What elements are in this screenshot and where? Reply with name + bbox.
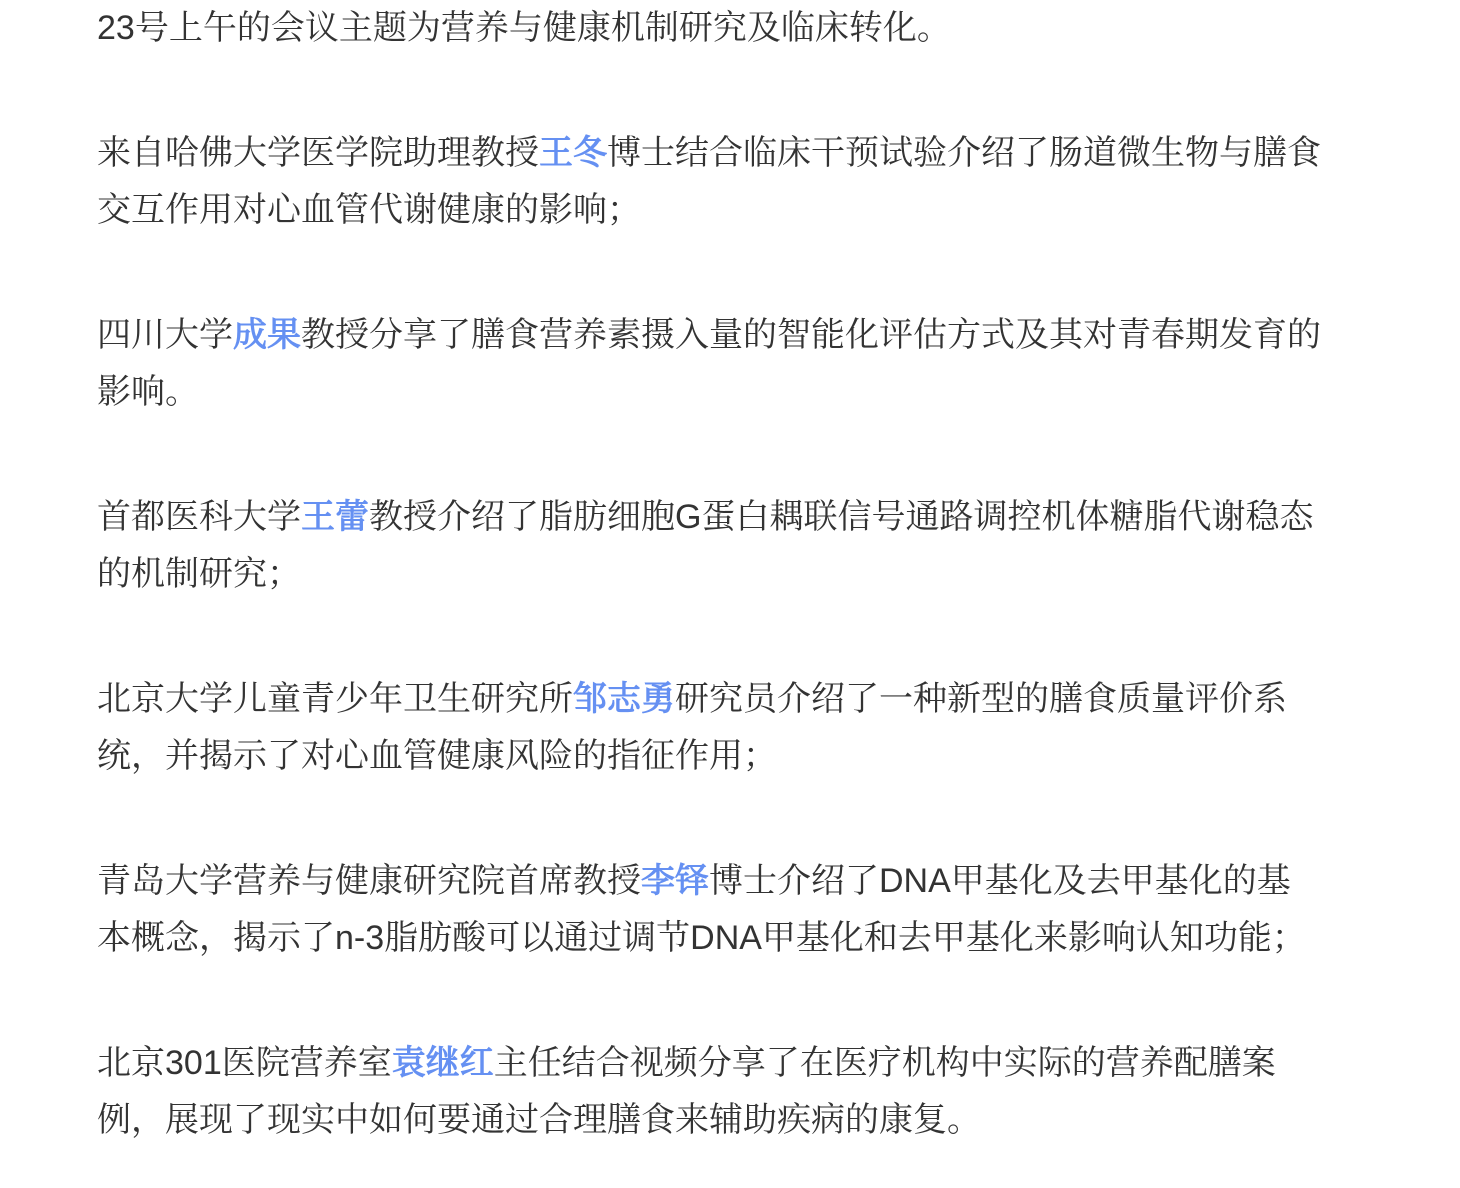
paragraph-text: 23号上午的会议主题为营养与健康机制研究及临床转化。 (97, 9, 951, 47)
paragraph-text: 例，展现了现实中如何要通过合理膳食来辅助疾病的康复。 (97, 1101, 981, 1139)
paragraph-text: 影响。 (97, 373, 199, 411)
person-link[interactable]: 袁继红 (392, 1044, 494, 1082)
paragraph-text: 教授介绍了脂肪细胞G蛋白耦联信号通路调控机体糖脂代谢稳态 (369, 498, 1313, 536)
paragraph-text: 教授分享了膳食营养素摄入量的智能化评估方式及其对青春期发育的 (301, 316, 1321, 354)
paragraph: 来自哈佛大学医学院助理教授王冬博士结合临床干预试验介绍了肠道微生物与膳食交互作用… (97, 125, 1343, 239)
paragraph: 北京大学儿童青少年卫生研究所邹志勇研究员介绍了一种新型的膳食质量评价系统，并揭示… (97, 671, 1343, 785)
paragraph-text: 首都医科大学 (97, 498, 301, 536)
paragraph-text: 博士结合临床干预试验介绍了肠道微生物与膳食 (607, 134, 1321, 172)
paragraph: 首都医科大学王蕾教授介绍了脂肪细胞G蛋白耦联信号通路调控机体糖脂代谢稳态的机制研… (97, 489, 1343, 603)
paragraph-text: 四川大学 (97, 316, 233, 354)
paragraph: 北京301医院营养室袁继红主任结合视频分享了在医疗机构中实际的营养配膳案例，展现… (97, 1035, 1343, 1149)
person-link[interactable]: 邹志勇 (573, 680, 675, 718)
paragraph-text: 研究员介绍了一种新型的膳食质量评价系 (675, 680, 1287, 718)
person-link[interactable]: 李铎 (641, 862, 709, 900)
paragraph-text: 博士介绍了DNA甲基化及去甲基化的基 (709, 862, 1291, 900)
person-link[interactable]: 王蕾 (301, 498, 369, 536)
paragraph-text: 青岛大学营养与健康研究院首席教授 (97, 862, 641, 900)
person-link[interactable]: 王冬 (539, 134, 607, 172)
paragraph-text: 本概念，揭示了n-3脂肪酸可以通过调节DNA甲基化和去甲基化来影响认知功能； (97, 919, 1306, 957)
paragraph: 23号上午的会议主题为营养与健康机制研究及临床转化。 (97, 0, 1343, 57)
paragraph: 青岛大学营养与健康研究院首席教授李铎博士介绍了DNA甲基化及去甲基化的基本概念，… (97, 853, 1343, 967)
article-body: 23号上午的会议主题为营养与健康机制研究及临床转化。来自哈佛大学医学院助理教授王… (0, 0, 1343, 1149)
paragraph-text: 的机制研究； (97, 555, 301, 593)
person-link[interactable]: 成果 (233, 316, 301, 354)
paragraph: 四川大学成果教授分享了膳食营养素摄入量的智能化评估方式及其对青春期发育的影响。 (97, 307, 1343, 421)
paragraph-text: 北京301医院营养室 (97, 1044, 392, 1082)
paragraph-text: 主任结合视频分享了在医疗机构中实际的营养配膳案 (494, 1044, 1276, 1082)
paragraph-text: 来自哈佛大学医学院助理教授 (97, 134, 539, 172)
paragraph-text: 统，并揭示了对心血管健康风险的指征作用； (97, 737, 777, 775)
paragraph-text: 交互作用对心血管代谢健康的影响； (97, 191, 641, 229)
paragraph-text: 北京大学儿童青少年卫生研究所 (97, 680, 573, 718)
